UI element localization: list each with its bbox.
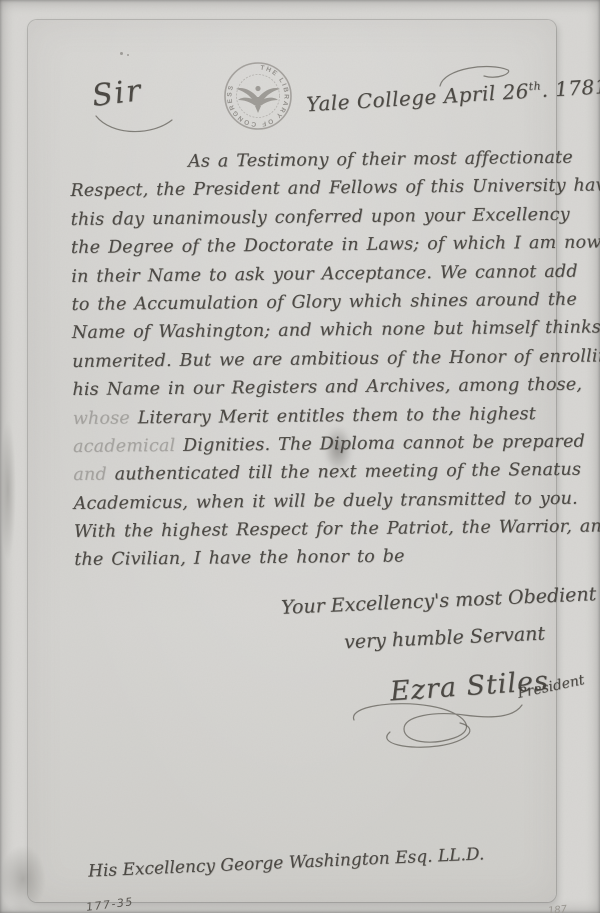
address-line: His Excellency George Washington Esq. LL…: [88, 844, 485, 881]
line-text: With the highest Respect for the Patriot…: [74, 516, 600, 542]
letter-body: As a Testimony of their most affectionat…: [70, 148, 588, 579]
stamp-outer-ring: [225, 63, 291, 129]
pen-flourish: [436, 60, 516, 92]
eagle-icon: [236, 86, 280, 113]
closing-line-2: very humble Servant: [344, 623, 546, 654]
catalog-mark-bottom-right: 187: [547, 904, 567, 913]
line-text: his Name in our Registers and Archives, …: [72, 375, 582, 400]
line-text: the Civilian, I have the honor to be: [74, 547, 405, 570]
line-text: Name of Washington; and which none but h…: [72, 318, 600, 344]
line-text: Literary Merit entitles them to the high…: [138, 404, 537, 428]
line-text: Academicus, when it will be duely transm…: [74, 488, 578, 513]
stain-dot: [120, 52, 123, 55]
faded-word: and: [73, 465, 114, 485]
body-line: the Civilian, I have the honor to be: [74, 545, 588, 579]
line-text: As a Testimony of their most affectionat…: [188, 148, 573, 172]
line-text: this day unanimously conferred upon your…: [71, 205, 570, 230]
signature-flourish: [346, 698, 528, 750]
salutation: Sir: [90, 73, 144, 114]
stamp-text: THE LIBRARY OF CONGRESS: [226, 65, 289, 128]
line-text: to the Accumulation of Glory which shine…: [71, 290, 577, 315]
dateline-suffix: . 1781.: [541, 74, 600, 102]
library-of-congress-stamp-icon: THE LIBRARY OF CONGRESS: [222, 60, 294, 132]
line-text: Dignities. The Diploma cannot be prepare…: [183, 432, 585, 456]
edge-stain: [0, 420, 16, 560]
dateline-ordinal: th: [528, 79, 541, 93]
line-text: the Degree of the Doctorate in Laws; of …: [71, 233, 600, 259]
catalog-mark-bottom-left: 177-35: [85, 895, 134, 913]
line-text: in their Name to ask your Acceptance. We…: [71, 261, 578, 286]
faded-word: whose: [73, 408, 138, 429]
letter-page: Sir THE LIBRARY OF CONGRESS Yale College…: [28, 20, 556, 902]
closing-line-1: Your Excellency's most Obedient: [281, 583, 597, 619]
faded-word: academical: [73, 436, 183, 457]
ink-smudge: [324, 426, 352, 472]
photostat-scan: Sir THE LIBRARY OF CONGRESS Yale College…: [0, 0, 600, 913]
salutation-swash: [90, 112, 180, 138]
stain-dot: [127, 54, 129, 56]
